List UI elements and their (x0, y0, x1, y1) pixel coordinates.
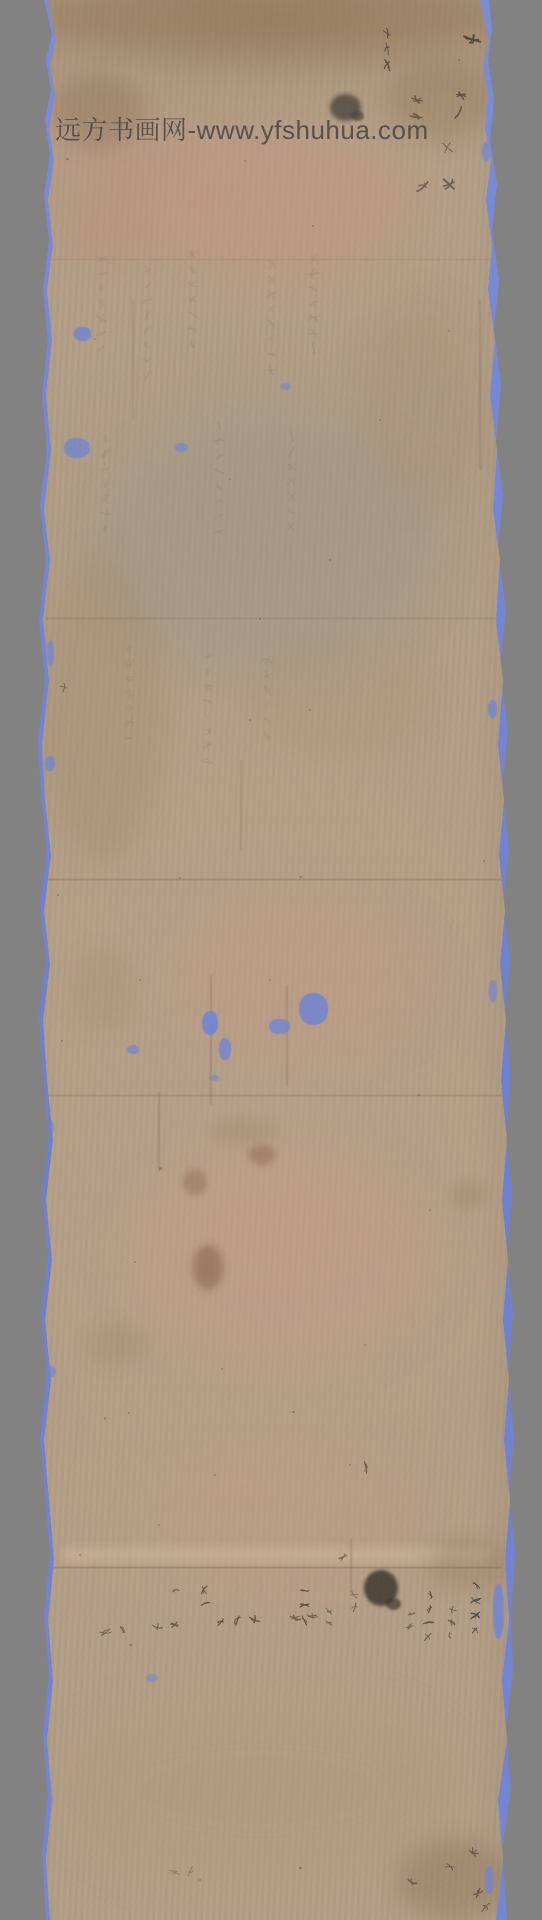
ink-speck (329, 559, 331, 561)
ink-speck (128, 1412, 130, 1414)
paper-stain (356, 296, 484, 504)
ghost-column (92, 250, 111, 359)
paper-stain (248, 1145, 276, 1165)
ink-speck (199, 1879, 201, 1881)
ghost-column (120, 640, 139, 749)
worm-hole (280, 383, 291, 390)
colophon-row-2 (148, 1614, 188, 1637)
ink-speck (229, 478, 231, 480)
ink-speck (221, 1368, 223, 1370)
paper-stain (44, 0, 494, 42)
ink-speck (66, 158, 69, 160)
ink-speck (249, 719, 251, 721)
ink-speck (61, 1040, 63, 1042)
worm-hole (209, 1075, 219, 1081)
ink-mark-b (410, 175, 435, 200)
ink-speck (79, 1554, 81, 1556)
ghost-column (96, 430, 115, 539)
ink-speck (179, 877, 181, 879)
ink-speck (139, 979, 141, 981)
ink-speck (57, 894, 59, 896)
corner-mark-5 (476, 1899, 495, 1918)
paper-stain (58, 1698, 462, 1882)
corner-mark-6 (166, 1861, 203, 1881)
ghost-column (304, 250, 323, 359)
fold-seam (46, 617, 502, 620)
ghost-column (198, 648, 217, 772)
ink-speck (458, 59, 460, 61)
worm-hole (175, 443, 188, 452)
ink-mark-a (435, 136, 460, 161)
ink-speck (134, 1261, 136, 1263)
colophon-col-3 (418, 1586, 440, 1647)
paper-stain (138, 138, 402, 270)
paper-stain (386, 1598, 401, 1610)
edge-ink-mark (55, 680, 72, 697)
ink-speck (269, 979, 271, 981)
paper-stain (118, 1146, 442, 1370)
colophon-col-2 (441, 1601, 462, 1646)
ink-mark-mid-page (356, 1459, 375, 1478)
worm-hole (74, 327, 91, 341)
paper-stain (193, 1245, 223, 1290)
colophon-col-8 (195, 1581, 215, 1614)
ink-speck (244, 160, 246, 162)
corner-mark-3 (401, 1871, 424, 1894)
ink-speck (129, 1644, 132, 1646)
crease-line (210, 975, 212, 1105)
ink-speck (299, 1867, 302, 1869)
ghost-column (138, 262, 157, 386)
inscription-zhi-man-shu (377, 24, 397, 76)
paper-stain (40, 556, 164, 860)
colophon-col-1 (465, 1577, 486, 1642)
fold-seam (46, 878, 502, 881)
ink-speck (429, 1209, 431, 1211)
ink-speck (159, 1167, 162, 1170)
ink-speck (312, 225, 314, 227)
worm-hole (299, 993, 328, 1025)
crease-line (286, 985, 288, 1085)
corner-mark-1 (465, 1844, 483, 1862)
fold-seam (46, 1094, 502, 1097)
ink-speck (309, 709, 311, 711)
ghost-column (282, 428, 301, 537)
ink-speck (379, 419, 381, 421)
ghost-column (262, 256, 281, 380)
worm-hole (64, 438, 90, 458)
colophon-col-9 (167, 1583, 185, 1601)
corner-mark-2 (440, 1858, 461, 1879)
worm-hole (489, 980, 497, 1002)
colophon-col-5 (346, 1587, 363, 1617)
crease-line (240, 760, 242, 850)
ink-speck (448, 330, 450, 332)
paper-stain (176, 896, 440, 1060)
worm-hole (47, 640, 54, 666)
scroll-photo: 远方书画网-www.yfshuhua.com (0, 0, 542, 1920)
ghost-column (258, 652, 277, 746)
ghost-column (183, 246, 202, 355)
worm-hole (202, 1011, 218, 1035)
ink-speck (483, 860, 485, 862)
paper-stain (60, 1547, 490, 1563)
ink-speck (214, 1474, 216, 1476)
scroll-paper (0, 0, 542, 1920)
colophon-col-4 (400, 1605, 421, 1637)
ink-speck (158, 1524, 160, 1526)
paper-stain (210, 1118, 280, 1144)
worm-hole (269, 1019, 290, 1034)
ink-speck (364, 1344, 366, 1346)
colophon-row-1 (96, 1618, 136, 1642)
ink-speck (104, 1417, 106, 1420)
ink-speck (349, 1464, 351, 1466)
worm-hole (488, 700, 497, 718)
watermark-text: 远方书画网-www.yfshuhua.com (55, 110, 429, 147)
paper-stain (86, 1324, 150, 1366)
crease-line (132, 300, 134, 420)
paper-stain (74, 950, 134, 1030)
ink-speck (259, 618, 261, 620)
colophon-row-3 (211, 1609, 267, 1633)
worm-hole (493, 1584, 504, 1639)
worm-hole (219, 1038, 231, 1060)
fold-seam (46, 1566, 502, 1569)
ink-speck (292, 1411, 295, 1413)
ink-speck (418, 1094, 420, 1096)
mark-above-colophon (335, 1550, 351, 1566)
inscription-chun (458, 26, 487, 55)
crease-line (158, 1092, 160, 1172)
worm-hole (45, 756, 55, 771)
colophon-row-4 (286, 1605, 326, 1628)
crease-line (479, 300, 481, 470)
paper-stain (452, 1182, 484, 1208)
ghost-column (210, 418, 229, 542)
worm-hole (146, 1674, 158, 1682)
ink-mark-c (435, 171, 463, 199)
paper-stain (183, 1169, 207, 1195)
worm-hole (127, 1045, 139, 1054)
ink-speck (299, 876, 302, 878)
